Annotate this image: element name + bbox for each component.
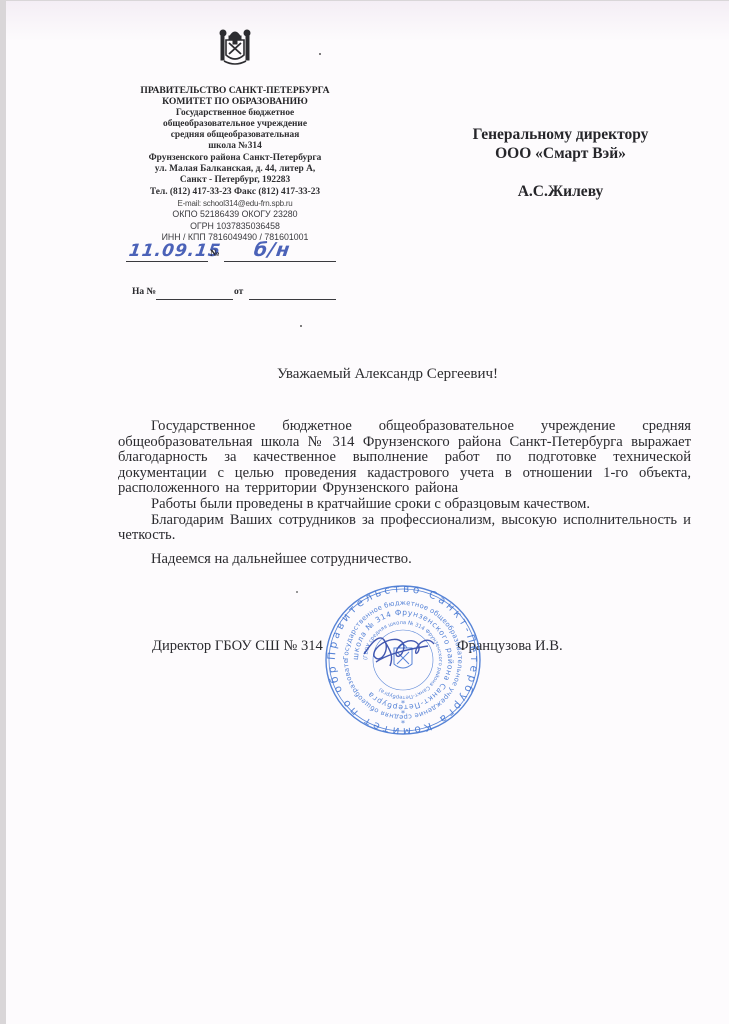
paragraph-gratitude: Государственное бюджетное общеобразовате… bbox=[118, 419, 691, 497]
letterhead-email: E-mail: school314@edu-frn.spb.ru bbox=[122, 198, 348, 209]
letterhead-institution-1: Государственное бюджетное bbox=[122, 108, 348, 119]
letter-body: Государственное бюджетное общеобразовате… bbox=[118, 419, 691, 567]
handwritten-date: 11.09.15 bbox=[128, 241, 223, 261]
addressee-name: А.С.Жилеву bbox=[443, 182, 678, 201]
letterhead-street: ул. Малая Балканская, д. 44, литер А, bbox=[122, 164, 348, 175]
svg-text:(ГБОУ средняя школа № 314 Фрун: (ГБОУ средняя школа № 314 Фрунзенского р… bbox=[363, 620, 443, 700]
paragraph-quality: Работы были проведены в кратчайшие сроки… bbox=[118, 497, 691, 513]
paragraph-thanks-staff: Благодарим Ваших сотрудников за професси… bbox=[118, 513, 691, 544]
incoming-reference: На № от bbox=[126, 287, 341, 305]
letterhead-committee: КОМИТЕТ ПО ОБРАЗОВАНИЮ bbox=[122, 96, 348, 107]
letterhead-school-number: школа №314 bbox=[122, 141, 348, 152]
letterhead-district: Фрунзенского района Санкт-Петербурга bbox=[122, 153, 348, 164]
reply-to-label: На № bbox=[132, 287, 156, 297]
paragraph-cooperation: Надеемся на дальнейшее сотрудничество. bbox=[118, 552, 691, 568]
signatory-title: Директор ГБОУ СШ № 314 bbox=[152, 638, 323, 655]
handwritten-number: б/н bbox=[252, 239, 291, 261]
letterhead-institution-2: общеобразовательное учреждение bbox=[122, 119, 348, 130]
greeting: Уважаемый Александр Сергеевич! bbox=[6, 366, 729, 383]
addressee-block: Генеральному директору ООО «Смарт Вэй» А… bbox=[443, 125, 678, 201]
scan-speck bbox=[319, 53, 321, 55]
svg-text:*: * bbox=[401, 719, 405, 728]
letterhead: ПРАВИТЕЛЬСТВО САНКТ-ПЕТЕРБУРГА КОМИТЕТ П… bbox=[122, 27, 348, 243]
letterhead-phone: Тел. (812) 417-33-23 Факс (812) 417-33-2… bbox=[122, 187, 348, 198]
svg-text:*: * bbox=[401, 709, 405, 718]
addressee-position: Генеральному директору bbox=[443, 125, 678, 144]
from-label: от bbox=[234, 287, 243, 297]
letterhead-government: ПРАВИТЕЛЬСТВО САНКТ-ПЕТЕРБУРГА bbox=[122, 85, 348, 96]
svg-text:*: * bbox=[401, 699, 405, 708]
number-label: № bbox=[210, 249, 220, 259]
addressee-company: ООО «Смарт Вэй» bbox=[443, 144, 678, 163]
outgoing-reference: 11.09.15 № б/н bbox=[126, 249, 341, 267]
scan-speck bbox=[300, 325, 302, 327]
letterhead-city: Санкт - Петербург, 192283 bbox=[122, 175, 348, 186]
letterhead-institution-3: средняя общеобразовательная bbox=[122, 130, 348, 141]
coat-of-arms-icon bbox=[218, 27, 252, 67]
letter-page: ПРАВИТЕЛЬСТВО САНКТ-ПЕТЕРБУРГА КОМИТЕТ П… bbox=[6, 1, 729, 1024]
letterhead-okpo: ОКПО 52186439 ОКОГУ 23280 bbox=[122, 209, 348, 220]
letterhead-ogrn: ОГРН 1037835036458 bbox=[122, 221, 348, 232]
scan-speck bbox=[296, 591, 298, 593]
official-stamp-icon: Правительство Санкт-Петербурга Комитет п… bbox=[324, 584, 482, 736]
